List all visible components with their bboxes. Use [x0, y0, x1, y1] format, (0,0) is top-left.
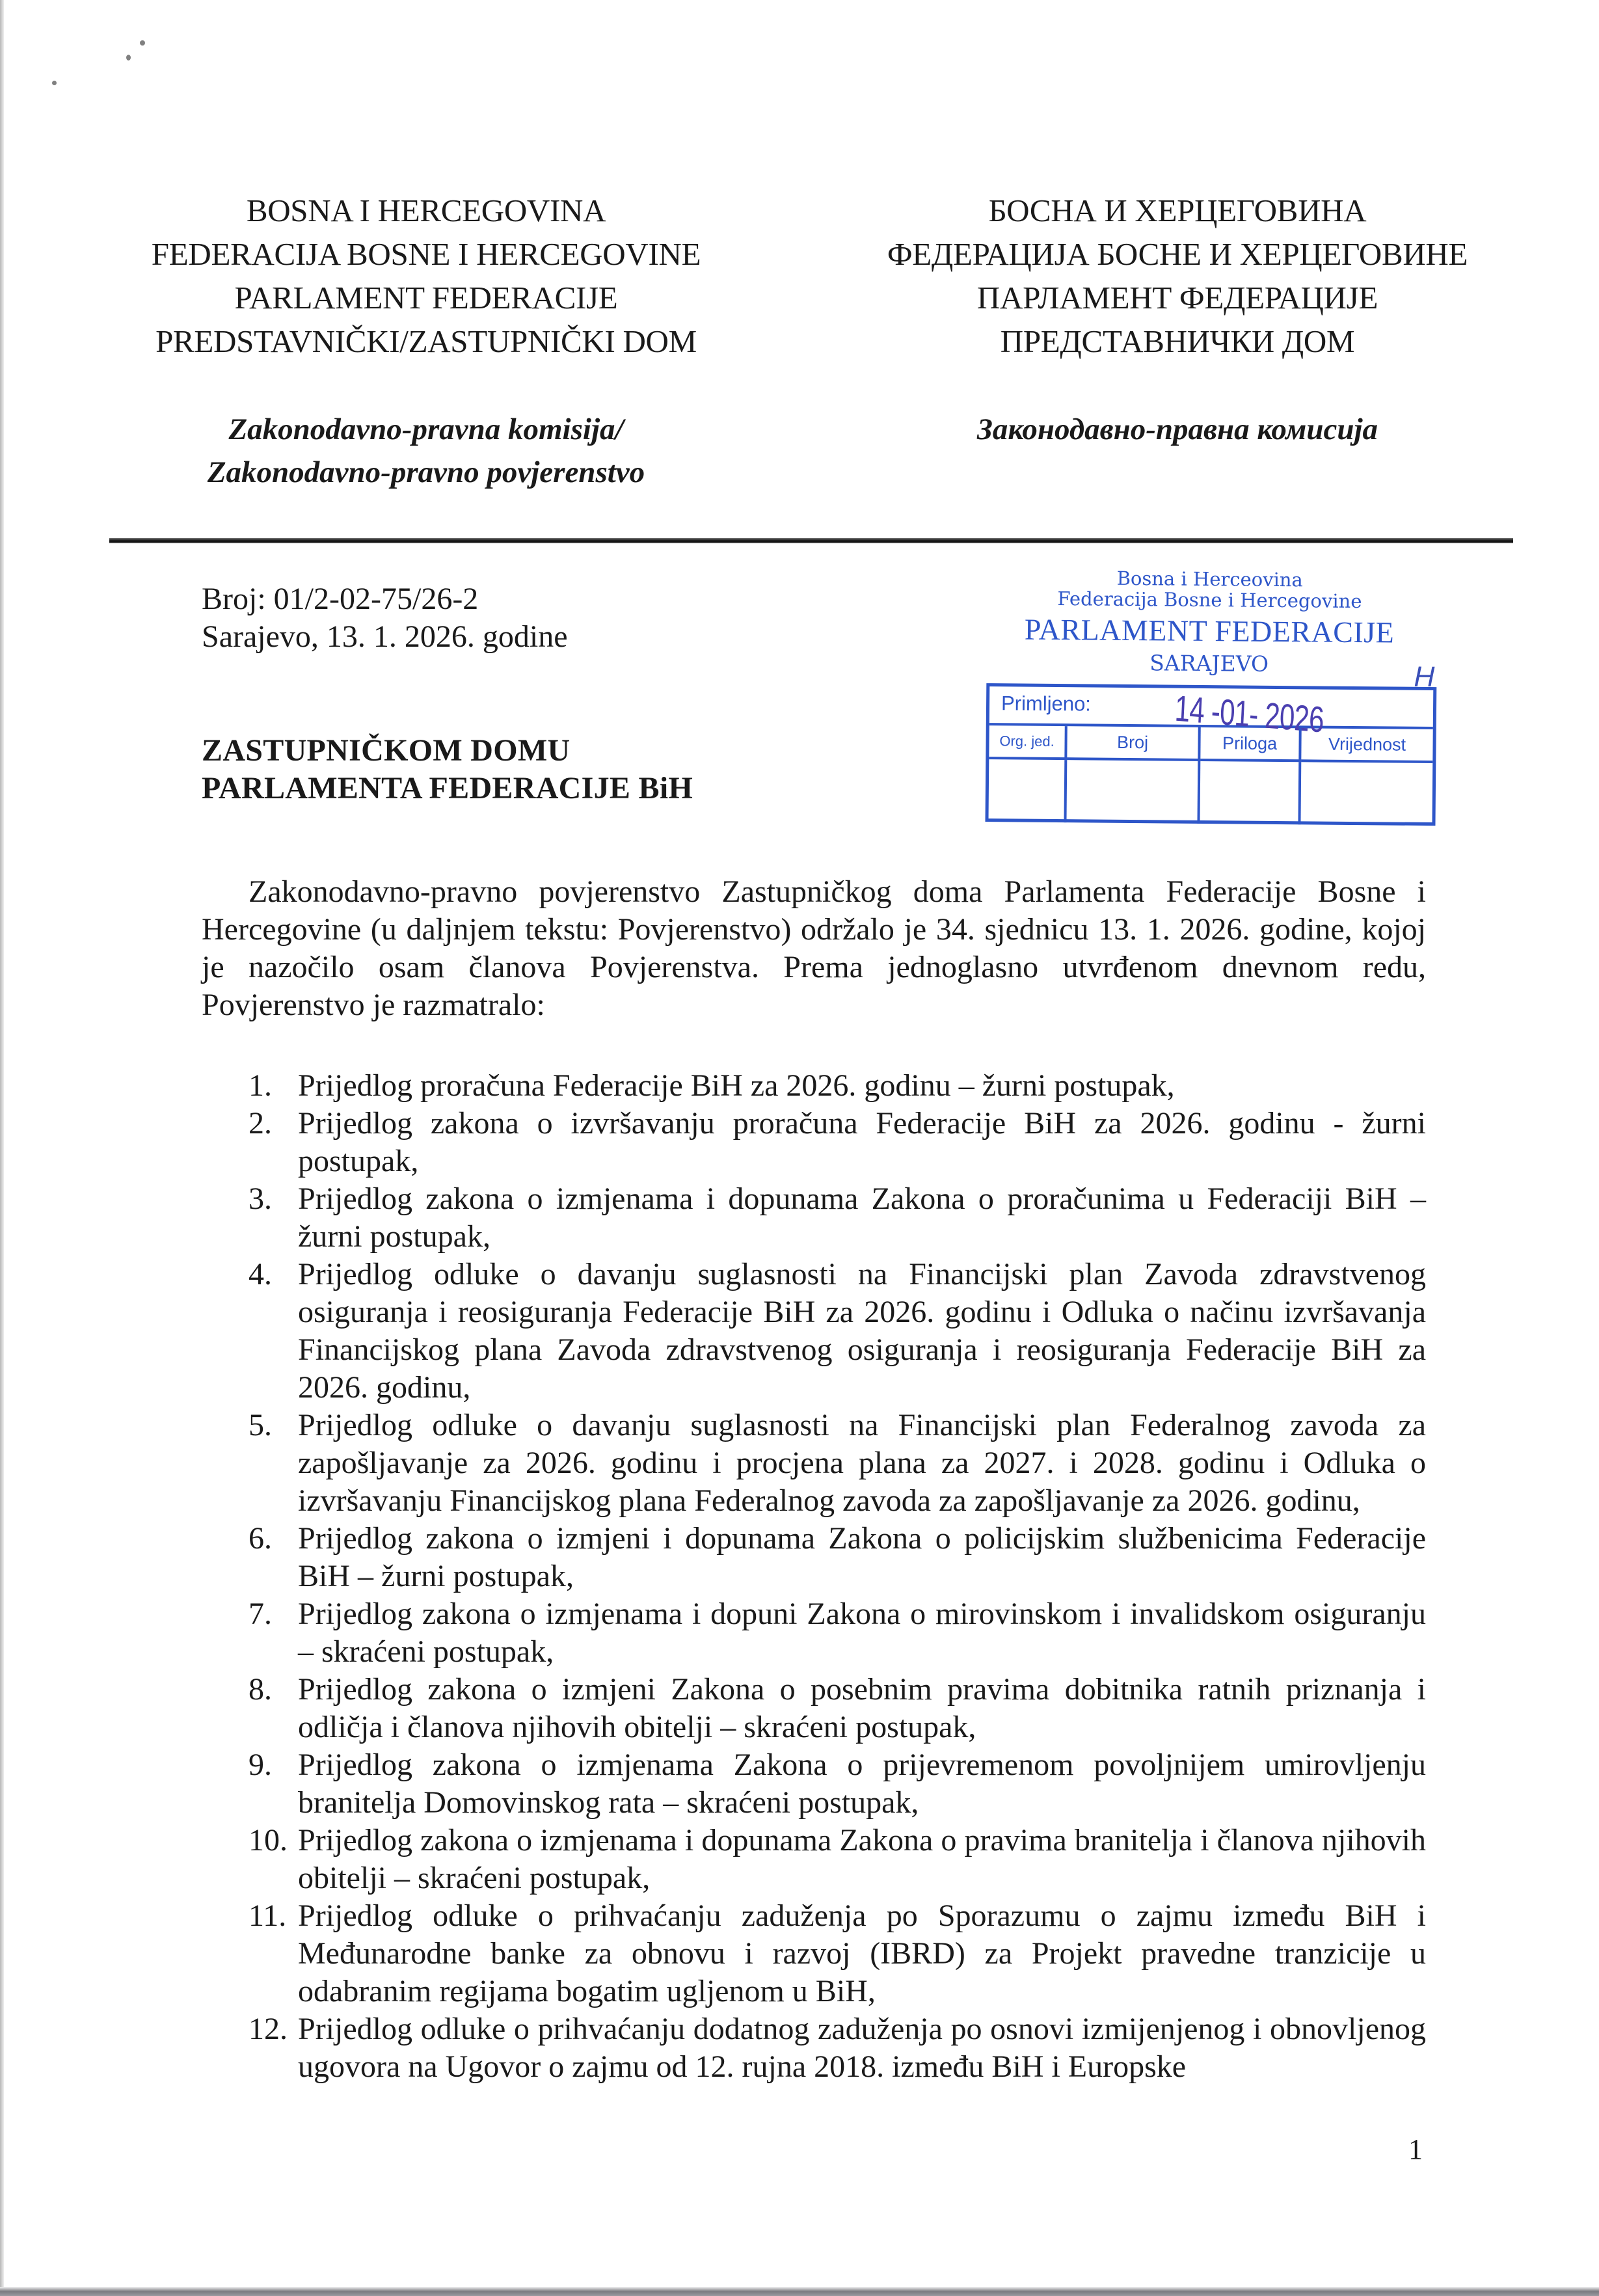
agenda-item-text: Prijedlog proračuna Federacije BiH za 20…	[298, 1068, 1175, 1103]
agenda-item-number: 6.	[249, 1520, 272, 1558]
agenda-item-number: 4.	[249, 1256, 272, 1293]
agenda-item: 6.Prijedlog zakona o izmjeni i dopunama …	[202, 1520, 1426, 1595]
header-cyrillic: БОСНА И ХЕРЦЕГОВИНА ФЕДЕРАЦИЈА БОСНЕ И Х…	[846, 189, 1509, 363]
agenda-item-text: Prijedlog odluke o davanju suglasnosti n…	[298, 1257, 1426, 1405]
agenda-item-text: Prijedlog zakona o izmjeni i dopunama Za…	[298, 1521, 1426, 1593]
agenda-item-number: 11.	[249, 1897, 286, 1935]
stamp-cell-org-unit	[988, 759, 1067, 822]
agenda-item-number: 10.	[249, 1822, 288, 1859]
stamp-federation: Federacija Bosne i Hercegovine	[982, 587, 1437, 613]
agenda-item: 12.Prijedlog odluke o prihvaćanju dodatn…	[202, 2010, 1426, 2086]
agenda-item-text: Prijedlog zakona o izmjenama i dopunama …	[298, 1182, 1426, 1254]
stamp-col-value: Vrijednost	[1301, 728, 1432, 763]
agenda-item-number: 7.	[249, 1595, 272, 1633]
stamp-col-attachments: Priloga	[1200, 727, 1301, 762]
agenda-item-text: Prijedlog odluke o prihvaćanju zaduženja…	[298, 1898, 1426, 2008]
stamp-box: Primljeno: 14 -01- 2026 Org. jed. Broj P…	[985, 683, 1436, 826]
agenda-item-number: 9.	[249, 1746, 272, 1784]
stamp-grid: Org. jed. Broj Priloga Vrijednost	[988, 725, 1432, 826]
committee-name-cyrillic: Законодавно-правна комисија	[846, 408, 1509, 451]
committee-name-latin: Zakonodavno-pravna komisija/ Zakonodavno…	[130, 408, 722, 494]
agenda-item: 7.Prijedlog zakona o izmjenama i dopuni …	[202, 1595, 1426, 1671]
header-line: PREDSTAVNIČKI/ZASTUPNIČKI DOM	[130, 319, 722, 363]
agenda-item: 2.Prijedlog zakona o izvršavanju proraču…	[202, 1105, 1426, 1180]
scan-edge-left	[0, 0, 4, 2296]
agenda-item-text: Prijedlog zakona o izvršavanju proračuna…	[298, 1106, 1426, 1178]
agenda-item: 9.Prijedlog zakona o izmjenama Zakona o …	[202, 1746, 1426, 1822]
agenda-item-number: 1.	[249, 1067, 272, 1105]
header-line: ПАРЛАМЕНТ ФЕДЕРАЦИЈЕ	[846, 276, 1509, 319]
scan-speck	[126, 55, 131, 61]
stamp-col-org-unit: Org. jed.	[989, 725, 1067, 760]
stamp-city: SARAJEVO	[981, 649, 1436, 678]
stamp-col-number: Broj	[1067, 726, 1200, 761]
committee-line: Zakonodavno-pravno povjerenstvo	[130, 451, 722, 494]
scan-speck	[52, 81, 57, 85]
stamp-received-label: Primljeno:	[1001, 692, 1091, 716]
stamp-parliament: PARLAMENT FEDERACIJE	[982, 612, 1437, 650]
scan-edge-bottom	[0, 2287, 1599, 2296]
agenda-item: 5.Prijedlog odluke o davanju suglasnosti…	[202, 1407, 1426, 1520]
addressee-line: ZASTUPNIČKOM DOMU	[202, 732, 693, 770]
agenda-item: 10.Prijedlog zakona o izmjenama i dopuna…	[202, 1822, 1426, 1897]
header-latin: BOSNA I HERCEGOVINA FEDERACIJA BOSNE I H…	[130, 189, 722, 363]
addressee: ZASTUPNIČKOM DOMU PARLAMENTA FEDERACIJE …	[202, 732, 693, 807]
agenda-item: 11.Prijedlog odluke o prihvaćanju zaduže…	[202, 1897, 1426, 2010]
agenda-item-text: Prijedlog zakona o izmjenama Zakona o pr…	[298, 1748, 1426, 1820]
received-stamp: Bosna i Herceovina Federacija Bosne i He…	[980, 560, 1451, 843]
header-line: PARLAMENT FEDERACIJE	[130, 276, 722, 319]
agenda-item: 8.Prijedlog zakona o izmjeni Zakona o po…	[202, 1671, 1426, 1746]
agenda-item: 3.Prijedlog zakona o izmjenama i dopunam…	[202, 1180, 1426, 1256]
agenda-item: 4.Prijedlog odluke o davanju suglasnosti…	[202, 1256, 1426, 1407]
stamp-cell-number	[1066, 760, 1200, 824]
stamp-received-row: Primljeno: 14 -01- 2026	[989, 686, 1433, 729]
agenda-item-text: Prijedlog zakona o izmjenama i dopuni Za…	[298, 1597, 1426, 1669]
committee-line: Zakonodavno-pravna komisija/	[130, 408, 722, 451]
agenda-list: 1.Prijedlog proračuna Federacije BiH za …	[202, 1067, 1426, 2086]
page-number: 1	[1408, 2133, 1423, 2166]
stamp-cell-attachments	[1200, 761, 1301, 824]
agenda-item-text: Prijedlog zakona o izmjeni Zakona o pose…	[298, 1672, 1426, 1744]
header-line: BOSNA I HERCEGOVINA	[130, 189, 722, 232]
header-line: ФЕДЕРАЦИЈА БОСНЕ И ХЕРЦЕГОВИНЕ	[846, 232, 1509, 276]
reference-block: Broj: 01/2-02-75/26-2 Sarajevo, 13. 1. 2…	[202, 580, 568, 656]
agenda-item-number: 8.	[249, 1671, 272, 1708]
header-line: FEDERACIJA BOSNE I HERCEGOVINE	[130, 232, 722, 276]
agenda-item-number: 12.	[249, 2010, 288, 2048]
agenda-item-number: 2.	[249, 1105, 272, 1142]
place-date: Sarajevo, 13. 1. 2026. godine	[202, 618, 568, 656]
header-separator	[109, 538, 1513, 543]
agenda-item-text: Prijedlog odluke o davanju suglasnosti n…	[298, 1408, 1426, 1518]
scan-speck	[140, 40, 145, 46]
header-line: ПРЕДСТАВНИЧКИ ДОМ	[846, 319, 1509, 363]
intro-paragraph: Zakonodavno-pravno povjerenstvo Zastupni…	[202, 873, 1426, 1024]
stamp-cell-value	[1300, 762, 1432, 826]
reference-number: Broj: 01/2-02-75/26-2	[202, 580, 568, 618]
agenda-item-number: 5.	[249, 1407, 272, 1444]
header-line: БОСНА И ХЕРЦЕГОВИНА	[846, 189, 1509, 232]
agenda-item-number: 3.	[249, 1180, 272, 1218]
agenda-item: 1.Prijedlog proračuna Federacije BiH za …	[202, 1067, 1426, 1105]
agenda-item-text: Prijedlog odluke o prihvaćanju dodatnog …	[298, 2012, 1426, 2084]
addressee-line: PARLAMENTA FEDERACIJE BiH	[202, 770, 693, 807]
agenda-item-text: Prijedlog zakona o izmjenama i dopunama …	[298, 1823, 1426, 1895]
